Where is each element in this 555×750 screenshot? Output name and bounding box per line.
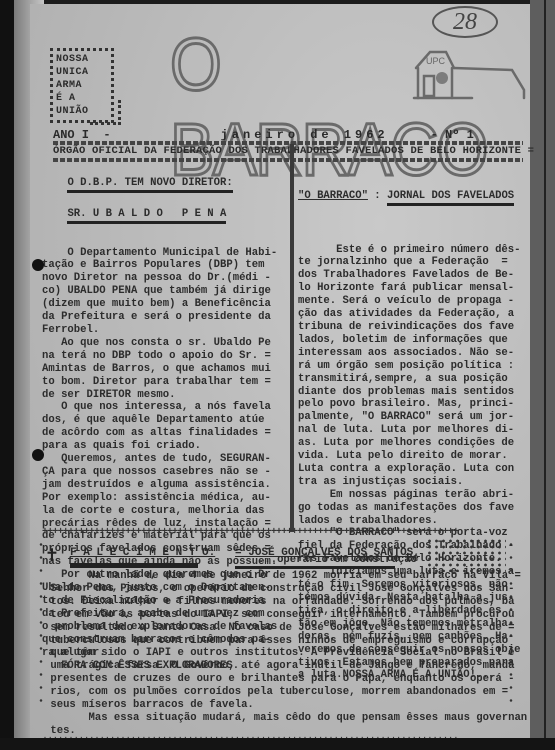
punch-hole	[32, 259, 44, 271]
motto-line: ARMA	[56, 79, 108, 92]
motto-line: UNICA	[56, 66, 108, 79]
obituary-subtitle-bar	[235, 566, 395, 569]
left-headline-1: O D.B.P. TEM NOVO DIRETOR:	[67, 177, 232, 193]
punch-hole	[32, 449, 44, 461]
left-headline-2: SR. U B A L D O P E N A	[67, 208, 226, 224]
right-headline-2: JORNAL DOS FAVELADOS	[387, 190, 514, 206]
obituary-subtitle: ...operário em construção	[258, 554, 417, 566]
scan-frame-left	[0, 0, 14, 750]
scan-frame-right	[530, 0, 555, 740]
newspaper-page: 28 NOSSA UNICA ARMA É A UNIÃO O BARRACO …	[30, 4, 530, 738]
right-headline-1: "O BARRACO"	[298, 190, 368, 202]
obituary-body: Na manhã de dia 4 de janeiro de 1962 mor…	[44, 570, 527, 738]
dot-pattern-decoration	[426, 538, 506, 572]
motto-box-tail	[90, 100, 121, 125]
motto-line: NOSSA	[56, 53, 108, 66]
date-label: janeiro de 1962	[221, 128, 389, 142]
obituary-border-top: ++++++++++++++++++++++++++++++++++++++++…	[42, 527, 458, 538]
svg-text:UPC: UPC	[426, 56, 446, 66]
year-label: ANO I -	[53, 128, 111, 142]
issue-label: - Nº 1	[431, 128, 474, 142]
obituary-label: F A L E C I M E N T O:	[70, 547, 215, 559]
column-divider	[290, 144, 294, 532]
obituary-label-bar	[70, 563, 198, 568]
header-rule-bottom	[53, 158, 523, 162]
scan-frame-bottom	[0, 738, 555, 750]
dateline: ANO I -janeiro de 1962- Nº 1	[53, 128, 523, 142]
shack-drawing-icon: UPC	[412, 46, 532, 106]
cross-icon: ✝	[46, 542, 58, 568]
